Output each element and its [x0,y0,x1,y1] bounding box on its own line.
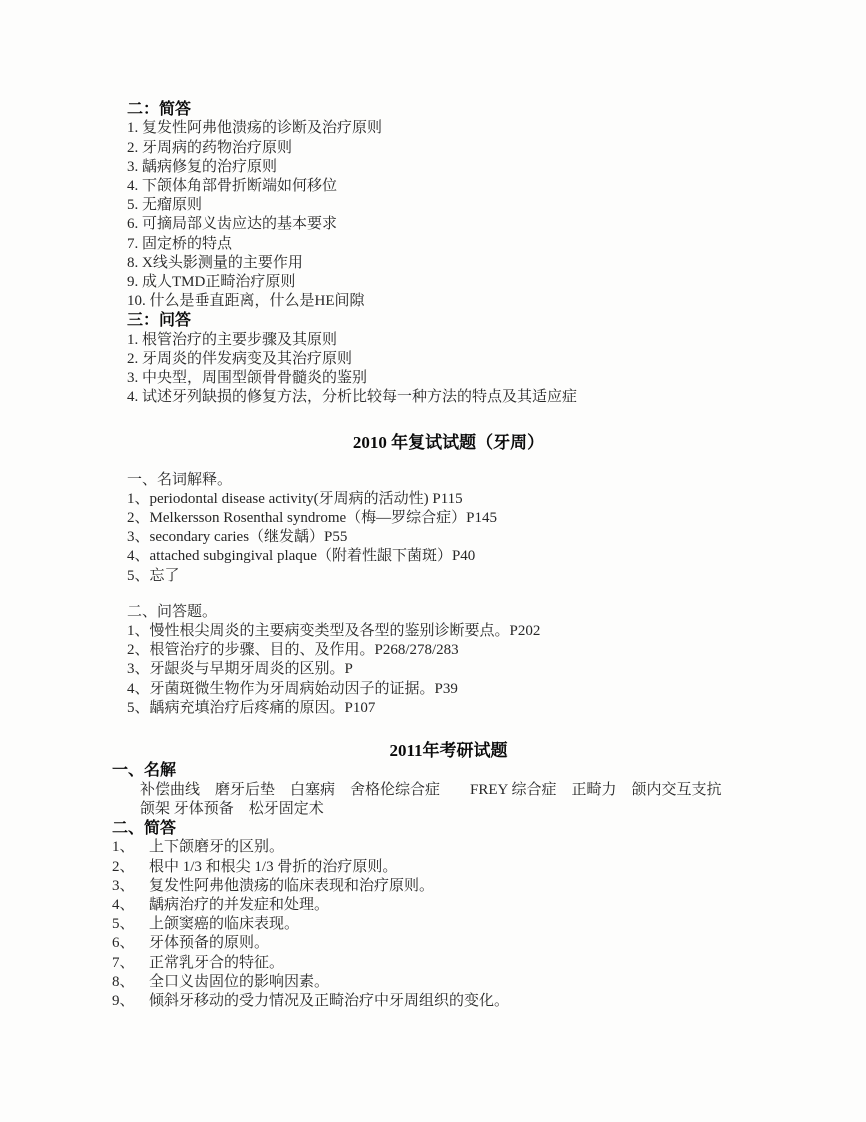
question-item: 6、 牙体预备的原则。 [112,934,770,953]
question-item: 1、periodontal disease activity(牙周病的活动性) … [127,490,770,509]
exam-title-2010: 2010 年复试试题（牙周） [127,432,770,453]
question-item: 5、龋病充填治疗后疼痛的原因。P107 [127,699,770,718]
question-item: 7、 正常乳牙合的特征。 [112,954,770,973]
question-number: 6、 [112,934,149,953]
section-terms-2010: 一、名词解释。 1、periodontal disease activity(牙… [127,471,770,586]
question-item: 10. 什么是垂直距离，什么是HE间隙 [127,292,770,311]
question-text: 上下颌磨牙的区别。 [149,838,770,857]
section-2011: 一、名解 补偿曲线 磨牙后垫 白塞病 舍格伦综合症 FREY 综合症 正畸力 颌… [112,761,770,1011]
question-number: 3、 [112,877,149,896]
question-item: 2. 牙周炎的伴发病变及其治疗原则 [127,350,770,369]
question-number: 1、 [112,838,149,857]
question-number: 5、 [112,915,149,934]
question-item: 3. 龋病修复的治疗原则 [127,158,770,177]
section-heading: 一、名解 [112,761,770,780]
question-item: 3、牙龈炎与早期牙周炎的区别。P [127,660,770,679]
question-item: 3、secondary caries（继发龋）P55 [127,528,770,547]
question-number: 7、 [112,954,149,973]
question-number: 9、 [112,992,149,1011]
section-heading: 一、名词解释。 [127,471,770,490]
question-item: 4、牙菌斑微生物作为牙周病始动因子的证据。P39 [127,680,770,699]
question-item: 2. 牙周病的药物治疗原则 [127,139,770,158]
question-item: 8. X线头影测量的主要作用 [127,254,770,273]
exam-title-2011: 2011年考研试题 [127,740,770,761]
terms-line: 补偿曲线 磨牙后垫 白塞病 舍格伦综合症 FREY 综合症 正畸力 颌内交互支抗 [112,781,770,800]
question-item: 5. 无瘤原则 [127,196,770,215]
question-text: 上颌窦癌的临床表现。 [149,915,770,934]
section-heading: 二：简答 [127,100,770,119]
question-item: 2、 根中 1/3 和根尖 1/3 骨折的治疗原则。 [112,858,770,877]
question-item: 1、 上下颌磨牙的区别。 [112,838,770,857]
question-item: 9、 倾斜牙移动的受力情况及正畸治疗中牙周组织的变化。 [112,992,770,1011]
section-short-answer-2: 二：简答 1. 复发性阿弗他溃疡的诊断及治疗原则 2. 牙周病的药物治疗原则 3… [127,100,770,311]
question-item: 4. 试述牙列缺损的修复方法，分析比较每一种方法的特点及其适应症 [127,388,770,407]
question-item: 1. 复发性阿弗他溃疡的诊断及治疗原则 [127,119,770,138]
question-number: 8、 [112,973,149,992]
question-item: 4. 下颌体角部骨折断端如何移位 [127,177,770,196]
section-heading: 二、简答 [112,819,770,838]
question-item: 9. 成人TMD正畸治疗原则 [127,273,770,292]
question-text: 复发性阿弗他溃疡的临床表现和治疗原则。 [149,877,770,896]
question-item: 1. 根管治疗的主要步骤及其原则 [127,331,770,350]
question-item: 2、根管治疗的步骤、目的、及作用。P268/278/283 [127,641,770,660]
question-item: 5、 上颌窦癌的临床表现。 [112,915,770,934]
question-number: 2、 [112,858,149,877]
question-text: 倾斜牙移动的受力情况及正畸治疗中牙周组织的变化。 [149,992,770,1011]
question-item: 3. 中央型，周围型颌骨骨髓炎的鉴别 [127,369,770,388]
question-text: 正常乳牙合的特征。 [149,954,770,973]
section-essay-3: 三：问答 1. 根管治疗的主要步骤及其原则 2. 牙周炎的伴发病变及其治疗原则 … [127,311,770,407]
question-item: 7. 固定桥的特点 [127,235,770,254]
section-heading: 三：问答 [127,311,770,330]
question-item: 3、 复发性阿弗他溃疡的临床表现和治疗原则。 [112,877,770,896]
question-item: 8、 全口义齿固位的影响因素。 [112,973,770,992]
terms-line: 颌架 牙体预备 松牙固定术 [112,800,770,819]
section-essay-2010: 二、问答题。 1、慢性根尖周炎的主要病变类型及各型的鉴别诊断要点。P202 2、… [127,603,770,718]
question-item: 4、attached subgingival plaque（附着性龈下菌斑）P4… [127,547,770,566]
question-text: 全口义齿固位的影响因素。 [149,973,770,992]
question-text: 龋病治疗的并发症和处理。 [149,896,770,915]
question-number: 4、 [112,896,149,915]
question-item: 4、 龋病治疗的并发症和处理。 [112,896,770,915]
question-text: 根中 1/3 和根尖 1/3 骨折的治疗原则。 [149,858,770,877]
section-heading: 二、问答题。 [127,603,770,622]
question-item: 6. 可摘局部义齿应达的基本要求 [127,215,770,234]
document-content: 二：简答 1. 复发性阿弗他溃疡的诊断及治疗原则 2. 牙周病的药物治疗原则 3… [0,0,866,1011]
question-item: 2、Melkersson Rosenthal syndrome（梅—罗综合症）P… [127,509,770,528]
question-item: 1、慢性根尖周炎的主要病变类型及各型的鉴别诊断要点。P202 [127,622,770,641]
question-text: 牙体预备的原则。 [149,934,770,953]
question-item: 5、忘了 [127,567,770,586]
scanned-exam-document-page: 二：简答 1. 复发性阿弗他溃疡的诊断及治疗原则 2. 牙周病的药物治疗原则 3… [0,0,866,1122]
